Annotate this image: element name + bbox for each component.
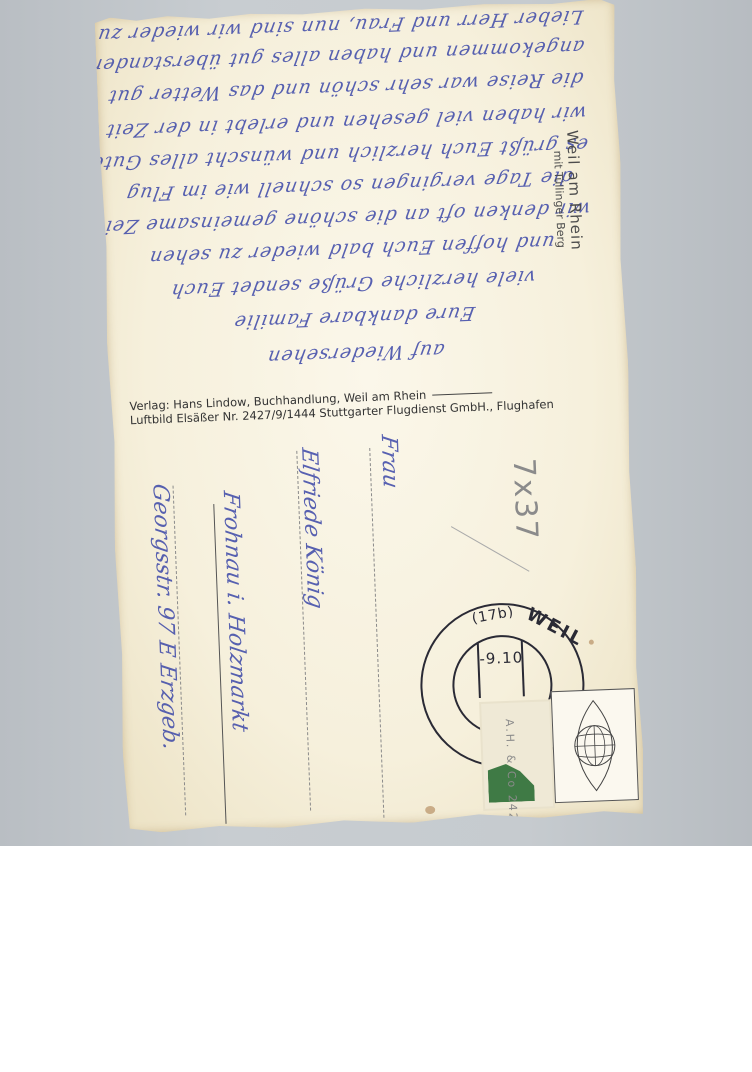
postmark-date: -9.10 [479, 648, 523, 668]
address-salutation: Frau [376, 433, 403, 489]
message-line: die Reise war sehr schön und das Wetter … [104, 67, 587, 108]
address-name: Elfriede König [296, 446, 327, 610]
postcard-back: Lieber Herr und Frau, nun sind wir wiede… [95, 0, 646, 834]
age-stain [589, 640, 594, 645]
globe-logo-icon [558, 695, 632, 796]
postage-stamp-remnant: A.H. & Co 242 [481, 701, 553, 809]
handwritten-message: Lieber Herr und Frau, nun sind wir wiede… [103, 6, 587, 394]
location-caption: Weil am Rhein mit Tüllinger Berg [550, 130, 586, 252]
age-stain [425, 806, 435, 814]
message-line: und hoffen Euch bald wieder zu sehen [110, 229, 593, 270]
pencil-note: 7x37 [506, 457, 544, 541]
address-city: Georgsstr. 97 E Erzgeb. [147, 482, 182, 752]
imprint-rule [432, 392, 492, 395]
address-street: Frohnau i. Holzmarkt [218, 489, 252, 733]
stamp-text: A.H. & Co 242 [503, 719, 520, 822]
postmark-city: WEIL [523, 604, 588, 652]
message-line: viele herzliche Grüße sendet Euch [111, 263, 594, 304]
address-line [369, 448, 384, 818]
postmark-code: (17b) [471, 604, 516, 627]
message-line: auf Wiedersehen [114, 333, 597, 374]
publisher-logo-box [551, 688, 639, 803]
message-line: Eure dankbare Familie [112, 297, 595, 338]
